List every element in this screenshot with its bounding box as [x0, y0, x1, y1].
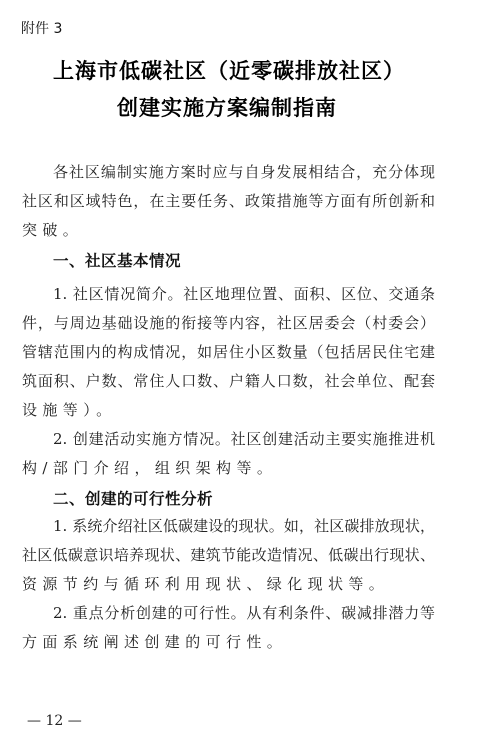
section-heading-1: 一、社区基本情况 — [53, 249, 181, 271]
section-heading-2: 二、创建的可行性分析 — [53, 487, 213, 509]
text-line: 2. 重点分析创建的可行性。从有利条件、碳减排潜力等 — [53, 604, 435, 622]
text-line: 筑面积、户数、常住人口数、户籍人口数，社会单位、配套 — [22, 372, 435, 390]
text-line: 社区和区域特色，在主要任务、政策措施等方面有所创新和 — [22, 192, 435, 210]
text-line: 1. 社区情况简介。社区地理位置、面积、区位、交通条 — [53, 285, 435, 303]
text-line: 设施等）。 — [22, 401, 435, 419]
text-line: 1. 系统介绍社区低碳建设的现状。如，社区碳排放现状， — [53, 517, 435, 535]
page-number: — 12 — — [27, 713, 82, 729]
text-line: 2. 创建活动实施方情况。社区创建活动主要实施推进机 — [53, 430, 435, 448]
text-line: 各社区编制实施方案时应与自身发展相结合，充分体现 — [53, 163, 435, 181]
document-title-line-2: 创建实施方案编制指南 — [117, 92, 337, 122]
text-line: 件，与周边基础设施的衔接等内容，社区居委会（村委会） — [22, 314, 435, 332]
document-title-line-1: 上海市低碳社区（近零碳排放社区） — [53, 55, 405, 85]
text-line: 构/部门介绍，组织架构等。 — [22, 459, 435, 477]
text-line: 管辖范围内的构成情况，如居住小区数量（包括居民住宅建 — [22, 343, 435, 361]
text-line: 资源节约与循环利用现状、绿化现状等。 — [22, 575, 435, 593]
text-line: 突破。 — [22, 221, 435, 239]
text-line: 方面系统阐述创建的可行性。 — [22, 633, 435, 651]
attachment-label: 附件 3 — [21, 18, 62, 38]
text-line: 社区低碳意识培养现状、建筑节能改造情况、低碳出行现状、 — [22, 546, 435, 564]
